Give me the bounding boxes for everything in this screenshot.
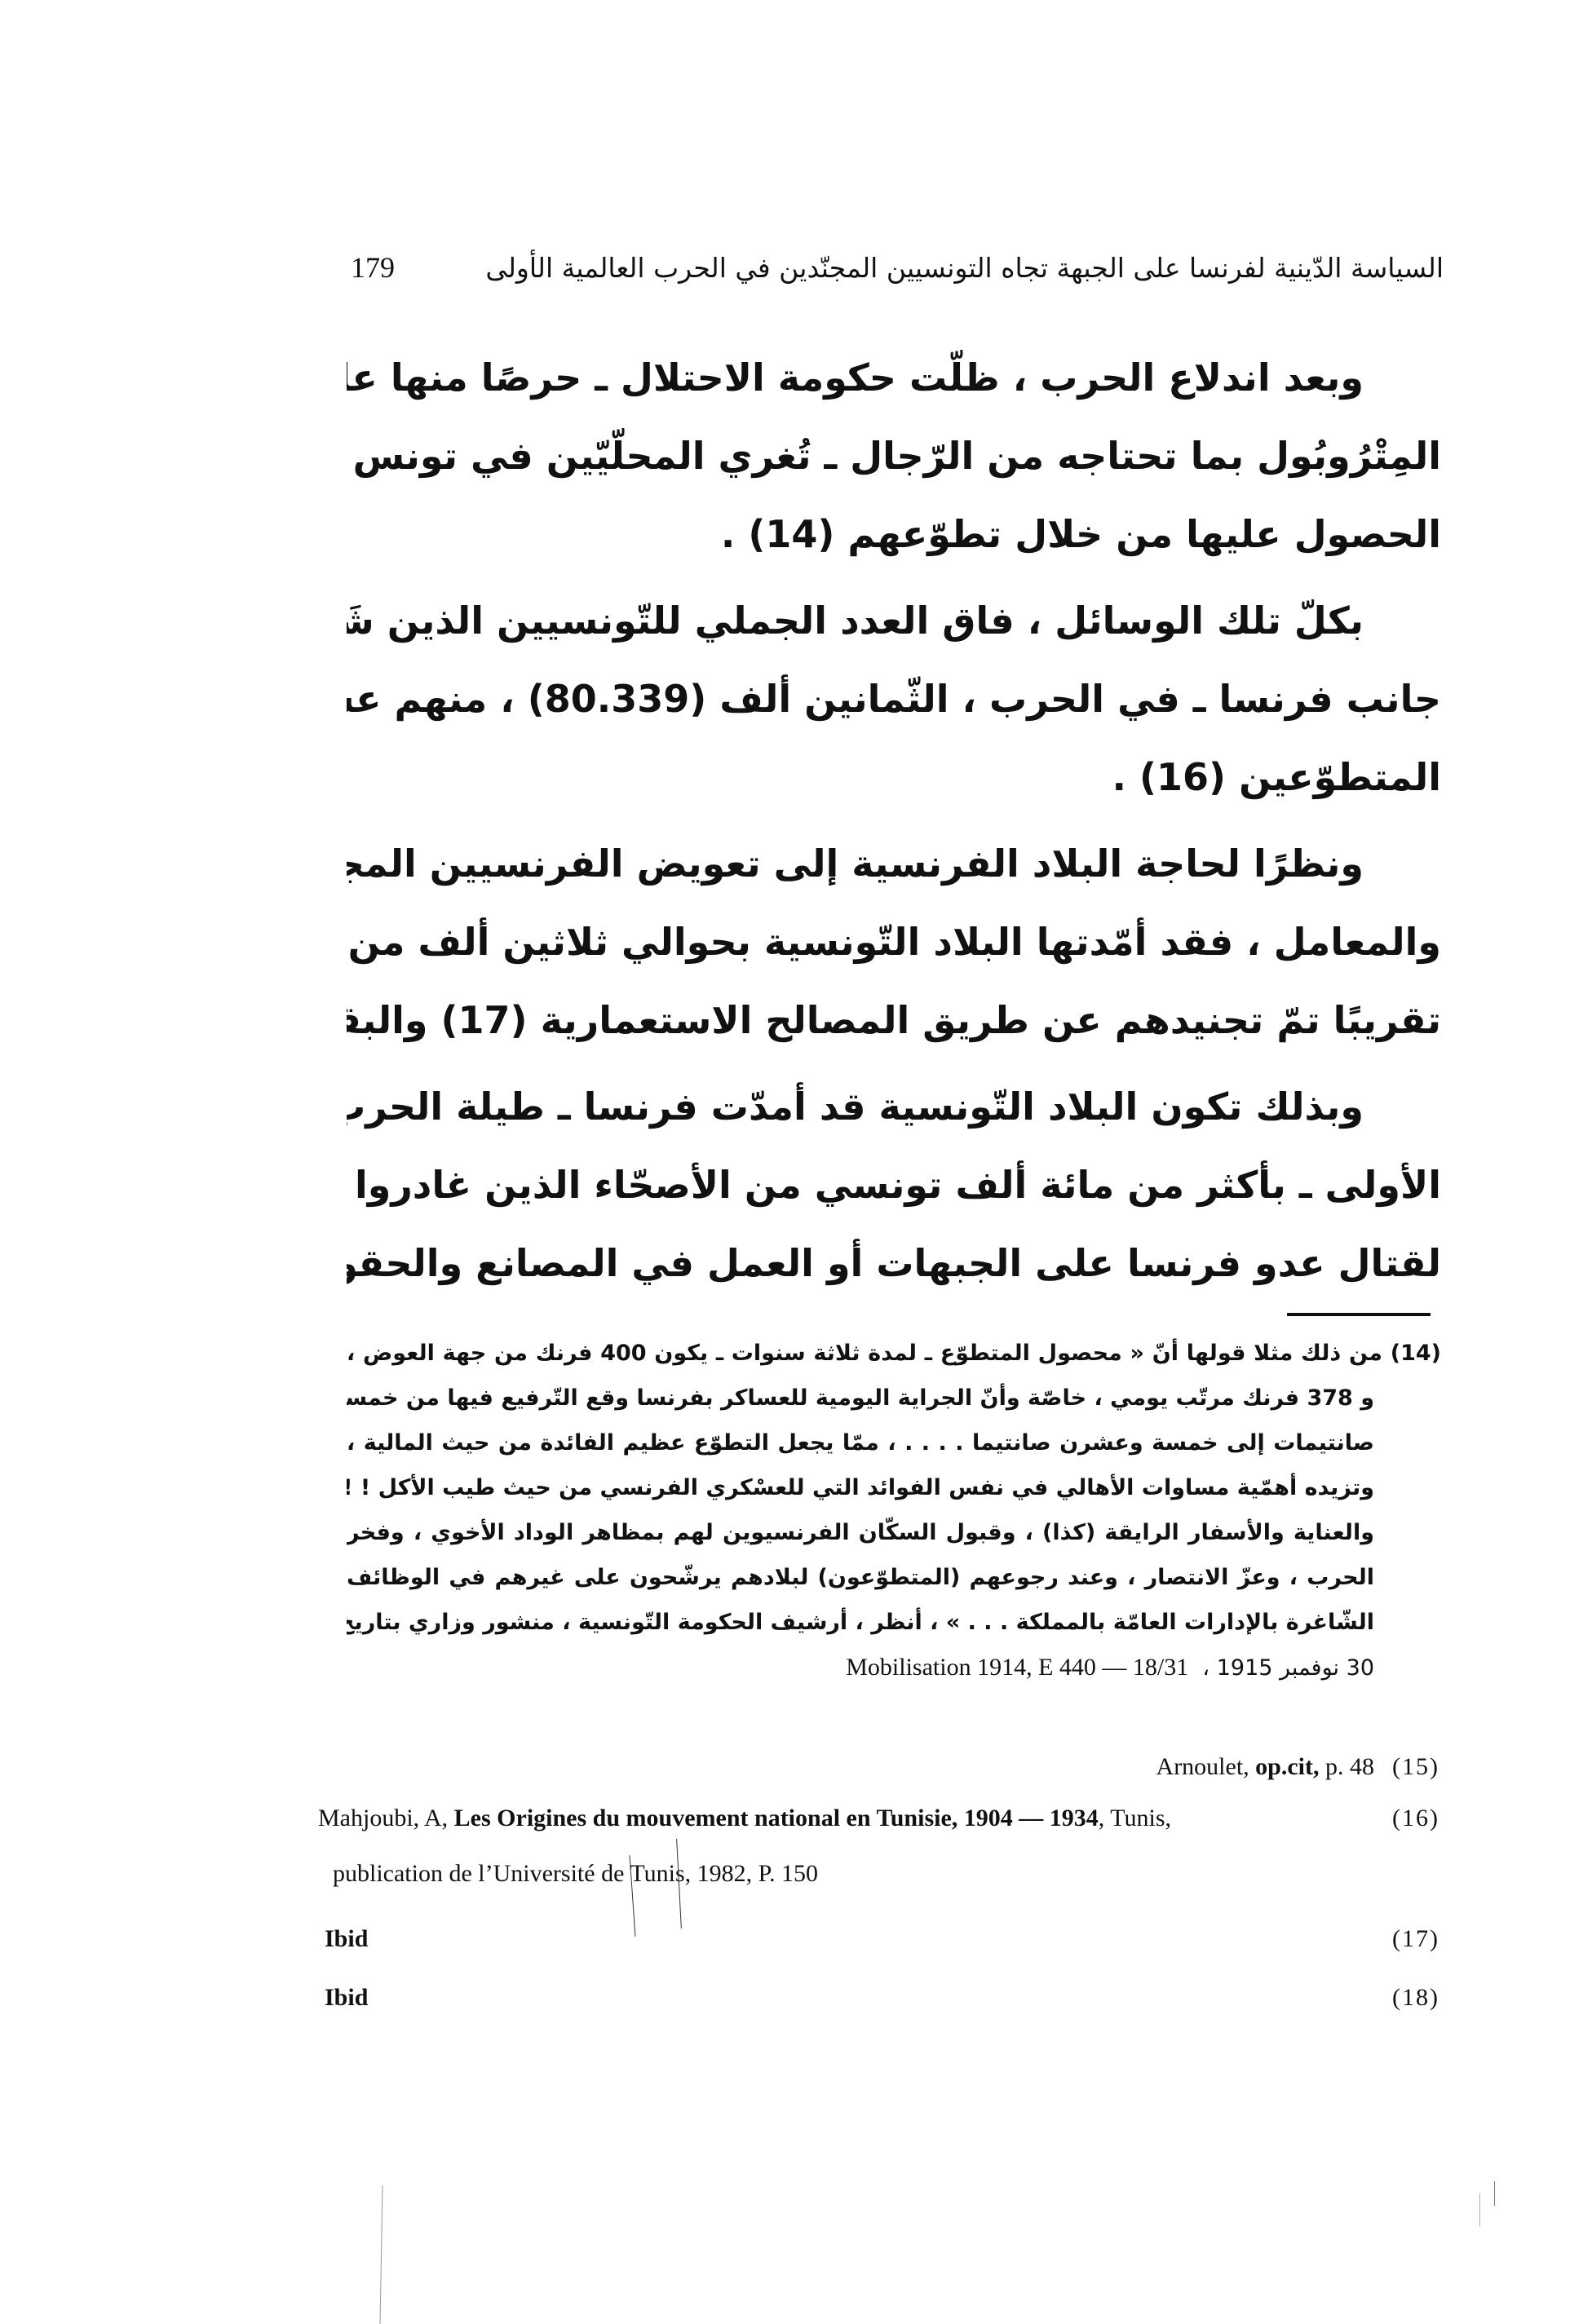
text-line: والمعامل ، فقد أمّدتها البلاد التّونسية … — [347, 903, 1441, 981]
footnote-line: الشّاغرة بالإدارات العامّة بالمملكة . . … — [347, 1600, 1441, 1645]
footnote-line: و 378 فرنك مرتّب يومي ، خاصّة وأنّ الجرا… — [347, 1376, 1441, 1420]
footnote-16: Mahjoubi, A, Les Origines du mouvement n… — [318, 1805, 1439, 1832]
book-page: 179 السياسة الدّينية لفرنسا على الجبهة ت… — [0, 0, 1592, 2324]
paragraph-4: وبذلك تكون البلاد التّونسية قد أمدّت فرن… — [347, 1067, 1441, 1302]
text-line: ونظرًا لحاجة البلاد الفرنسية إلى تعويض ا… — [347, 824, 1441, 903]
footnote-publisher: publication de l’Université de Tunis, 19… — [318, 1860, 818, 1888]
footnote-content: Mahjoubi, A, Les Origines du mouvement n… — [318, 1805, 1171, 1832]
text-line: الأولى ـ بأكثر من مائة ألف تونسي من الأص… — [347, 1146, 1441, 1224]
footnote-content: Arnoulet, op.cit, p. 48 — [1156, 1753, 1374, 1781]
footnote-opcit: op.cit, — [1255, 1753, 1319, 1780]
text-line: وبعد اندلاع الحرب ، ظلّت حكومة الاحتلال … — [347, 338, 1441, 417]
footnote-line: وتزيده أهمّية مساوات الأهالي في نفس الفو… — [347, 1465, 1441, 1510]
paragraph-2: بكلّ تلك الوسائل ، فاق العدد الجملي للتّ… — [347, 581, 1441, 816]
body-text: وبعد اندلاع الحرب ، ظلّت حكومة الاحتلال … — [347, 338, 1441, 1310]
footnote-line: (14) من ذلك مثلا قولها أنّ « محصول المتط… — [347, 1331, 1441, 1376]
text-line: تقريبًا تمّ تجنيدهم عن طريق المصالح الاس… — [347, 981, 1441, 1059]
page-number: 179 — [351, 250, 395, 285]
footnote-place: , Tunis, — [1099, 1805, 1171, 1831]
footnote-citation-line: 30 نوفمبر 1915 ، Mobilisation 1914, E 44… — [347, 1645, 1441, 1690]
text-line: المتطوّعين (16) . — [347, 738, 1441, 816]
footnote-number: (17) — [1392, 1925, 1439, 1953]
text-line: المِتْرُوبُول بما تحتاجه من الرّجال ـ تُ… — [347, 417, 1441, 495]
scan-artifact-mark — [1494, 2181, 1495, 2206]
footnote-ibid: Ibid — [318, 1925, 368, 1953]
text-line: وبذلك تكون البلاد التّونسية قد أمدّت فرن… — [347, 1067, 1441, 1146]
text-line: الحصول عليها من خلال تطوّعهم (14) . — [347, 495, 1441, 573]
scan-artifact-mark — [1479, 2194, 1480, 2226]
text-line: بكلّ تلك الوسائل ، فاق العدد الجملي للتّ… — [347, 581, 1441, 660]
running-header: 179 السياسة الدّينية لفرنسا على الجبهة ت… — [351, 243, 1444, 292]
paragraph-1: وبعد اندلاع الحرب ، ظلّت حكومة الاحتلال … — [347, 338, 1441, 573]
footnote-number: (15) — [1392, 1753, 1439, 1781]
footnote-date: 30 نوفمبر 1915 ، — [1202, 1655, 1374, 1681]
running-title: السياسة الدّينية لفرنسا على الجبهة تجاه … — [485, 252, 1444, 284]
footnote-14: (14) من ذلك مثلا قولها أنّ « محصول المتط… — [347, 1331, 1441, 1690]
footnote-line: الحرب ، وعزّ الانتصار ، وعند رجوعهم (الم… — [347, 1555, 1441, 1600]
footnote-number: (18) — [1392, 1984, 1439, 2012]
footnote-book-title: Les Origines du mouvement national en Tu… — [454, 1805, 1099, 1831]
footnote-ibid: Ibid — [318, 1984, 368, 2012]
footnote-16-continuation: publication de l’Université de Tunis, 19… — [318, 1860, 1439, 1888]
footnote-separator — [1287, 1313, 1431, 1316]
footnote-page: p. 48 — [1325, 1753, 1374, 1780]
footnote-line: صانتيمات إلى خمسة وعشرن صانتيما . . . . … — [347, 1420, 1441, 1465]
text-line: جانب فرنسا ـ في الحرب ، الثّمانين ألف (8… — [347, 660, 1441, 738]
text-line: لقتال عدو فرنسا على الجبهات أو العمل في … — [347, 1224, 1441, 1302]
footnote-author: Arnoulet, — [1156, 1753, 1249, 1780]
footnote-author: Mahjoubi, A, — [318, 1805, 448, 1831]
footnote-line: والعناية والأسفار الرايقة (كذا) ، وقبول … — [347, 1510, 1441, 1555]
footnote-archive-ref: Mobilisation 1914, E 440 — 18/31 — [846, 1654, 1188, 1681]
paragraph-3: ونظرًا لحاجة البلاد الفرنسية إلى تعويض ا… — [347, 824, 1441, 1059]
footnote-17: Ibid (17) — [318, 1925, 1439, 1953]
scan-artifact-line — [380, 2185, 383, 2324]
footnote-number: (16) — [1392, 1805, 1439, 1832]
footnote-18: Ibid (18) — [318, 1984, 1439, 2012]
